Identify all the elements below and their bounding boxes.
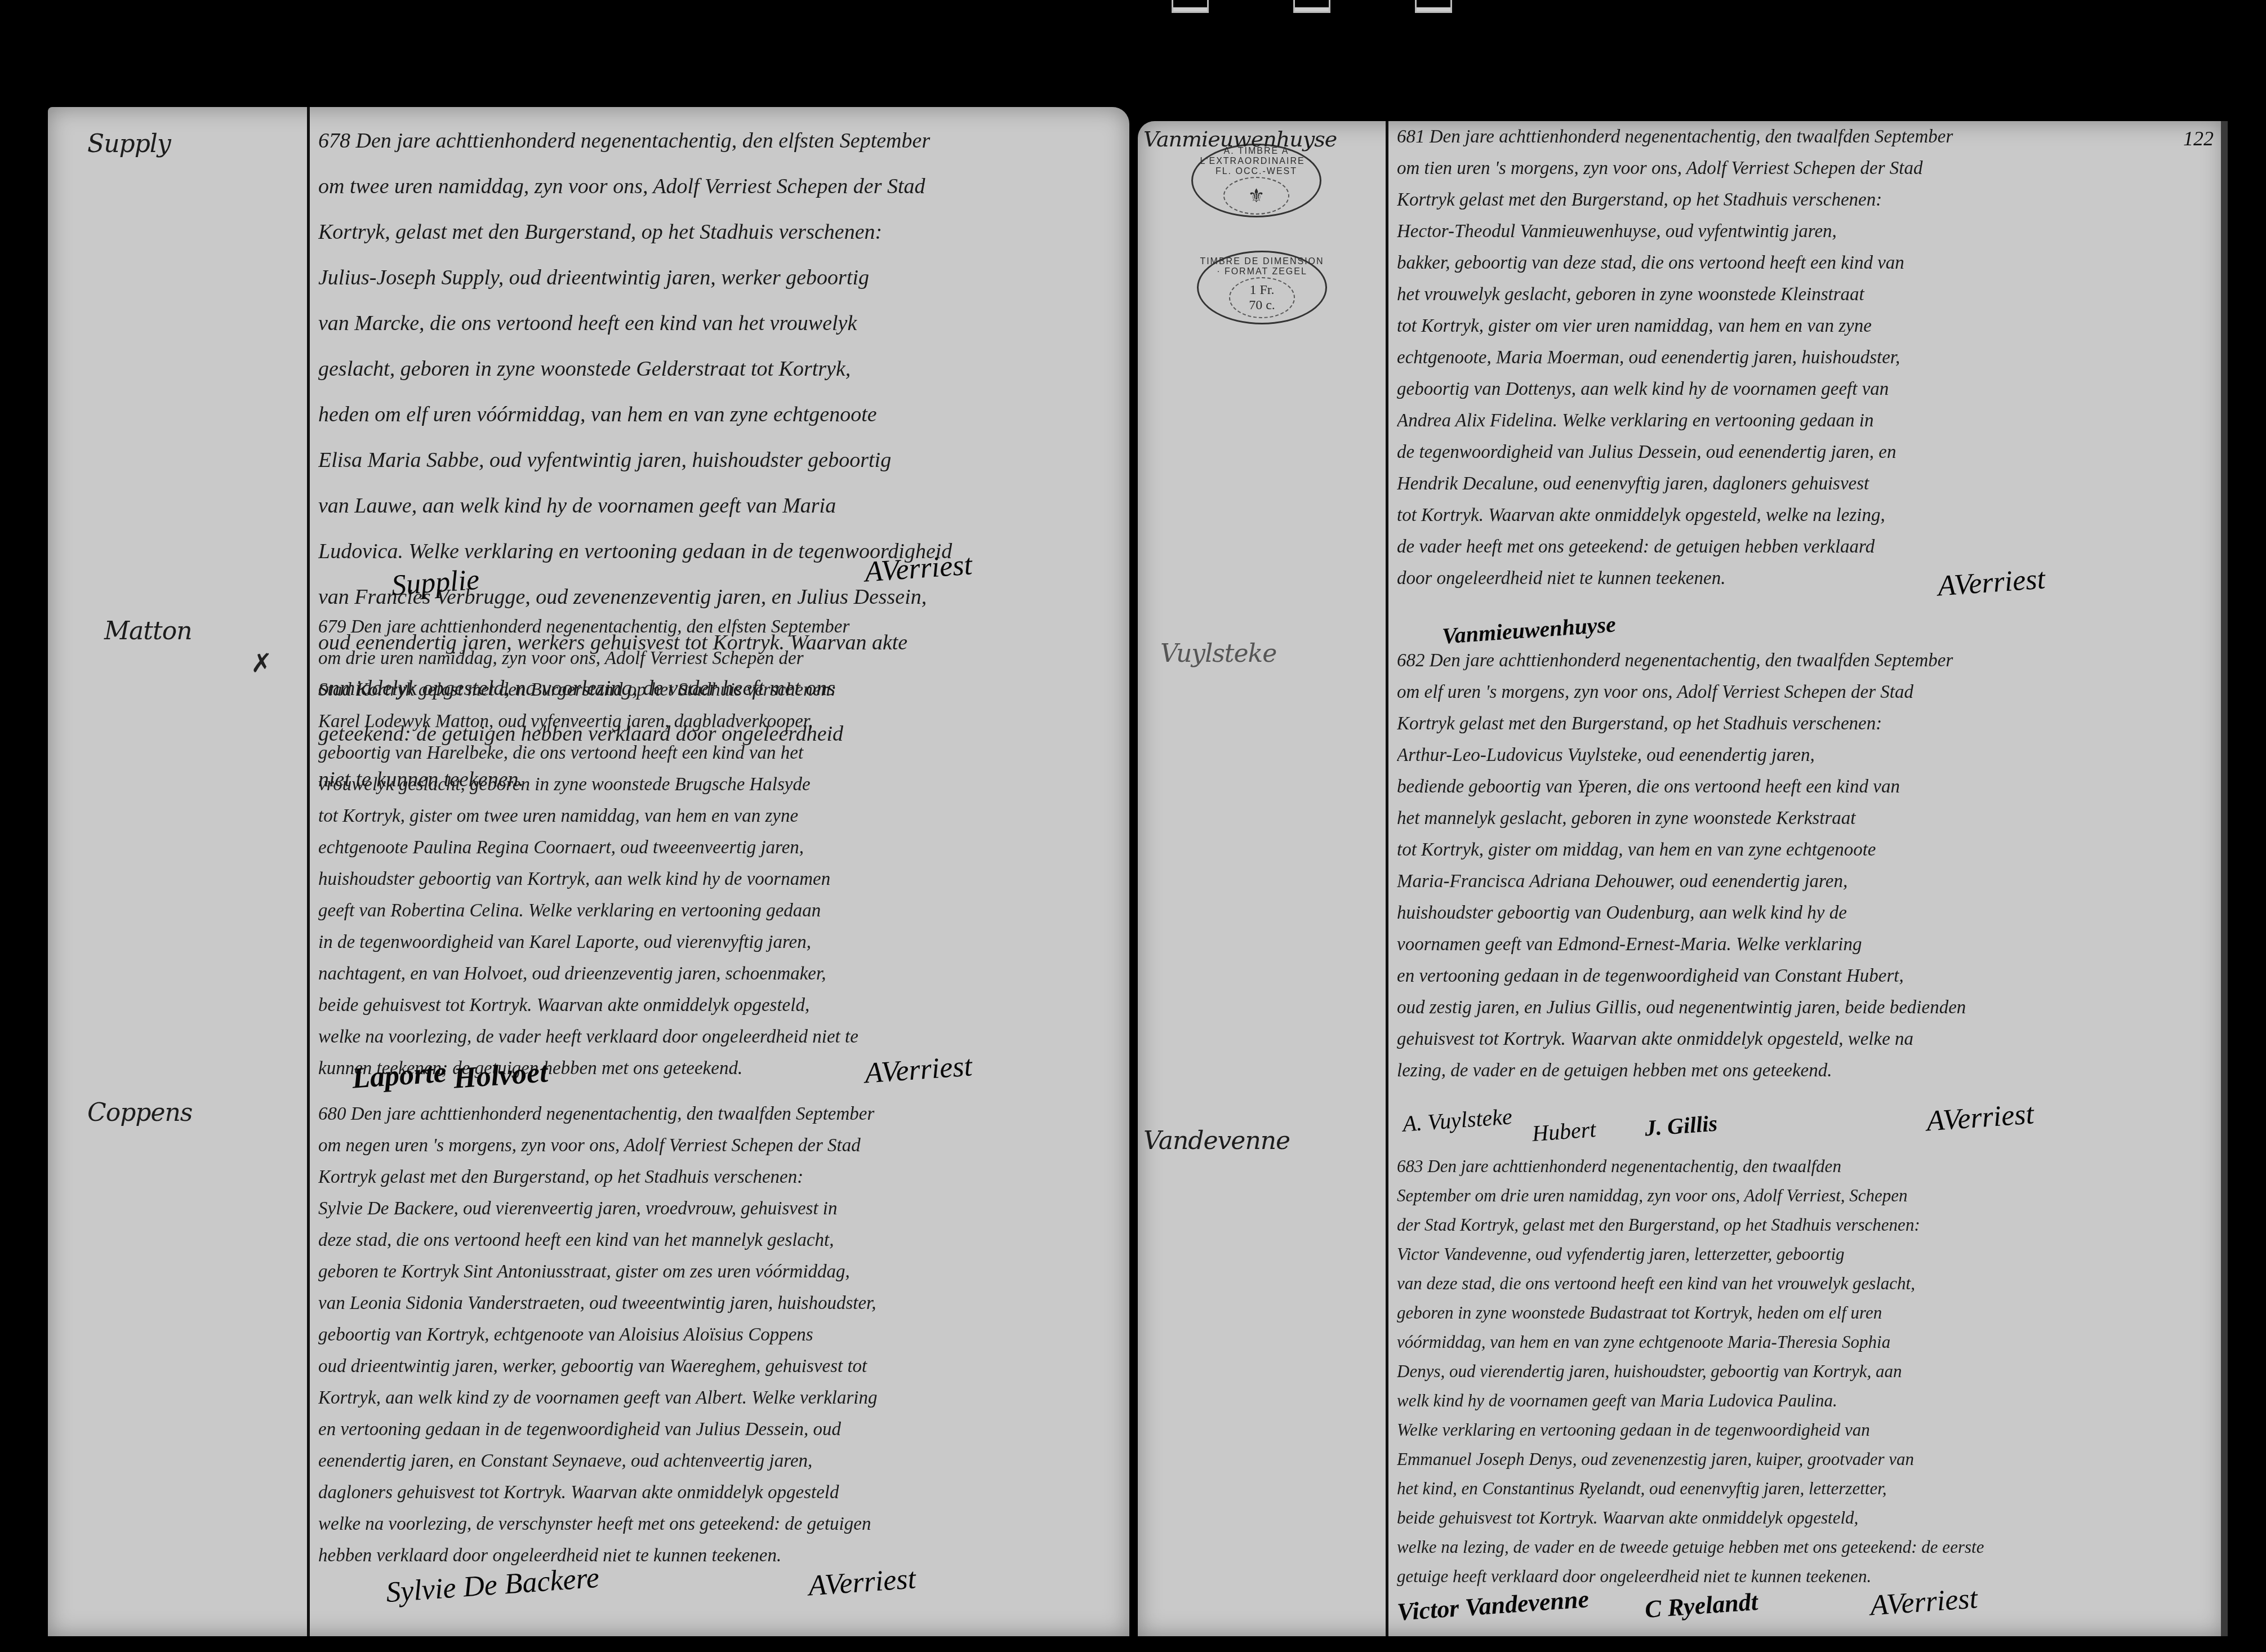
entry-line: tot Kortryk, gister om vier uren namidda… xyxy=(1397,310,2208,342)
margin-name: Supply xyxy=(87,130,171,158)
entry-line: 683 Den jare achttienhonderd negenentach… xyxy=(1397,1152,2208,1181)
entry-line: bakker, geboortig van deze stad, die ons… xyxy=(1397,247,2208,279)
entry-line: Victor Vandevenne, oud vyfendertig jaren… xyxy=(1397,1240,2208,1269)
entry-line: 679 Den jare achttienhonderd negenentach… xyxy=(318,611,1118,643)
margin-name: Coppens xyxy=(87,1098,192,1127)
entry-line: geboren in zyne woonstede Budastraat tot… xyxy=(1397,1298,2208,1328)
entry-line: 678 Den jare achttienhonderd negenentach… xyxy=(318,118,1118,164)
entry-line: Arthur-Leo-Ludovicus Vuylsteke, oud eene… xyxy=(1397,740,2208,771)
margin-cross-mark: ✗ xyxy=(251,648,273,678)
entry-line: nachtagent, en van Holvoet, oud drieenze… xyxy=(318,958,1118,990)
entry-line: gehuisvest tot Kortryk. Waarvan akte onm… xyxy=(1397,1023,2208,1055)
lion-emblem-icon: ⚜ xyxy=(1223,177,1289,215)
entry-line: echtgenoote Paulina Regina Coornaert, ou… xyxy=(318,832,1118,863)
binding-tab xyxy=(1293,0,1330,13)
entry-line: Welke verklaring en vertooning gedaan in… xyxy=(1397,1415,2208,1445)
entry-line: Kortryk gelast met den Burgerstand, op h… xyxy=(318,1161,1118,1193)
entry-line: beide gehuisvest tot Kortryk. Waarvan ak… xyxy=(318,990,1118,1021)
entry-line: tot Kortryk. Waarvan akte onmiddelyk opg… xyxy=(1397,500,2208,531)
entry-line: van deze stad, die ons vertoond heeft ee… xyxy=(1397,1269,2208,1298)
margin-name: Vanmieuwenhuyse xyxy=(1143,127,1337,152)
entry-line: huishoudster geboortig van Oudenburg, aa… xyxy=(1397,897,2208,929)
entry-line: Kortryk, gelast met den Burgerstand, op … xyxy=(318,210,1118,255)
entry-line: Kortryk, aan welk kind zy de voornamen g… xyxy=(318,1382,1118,1414)
entry-line: Kortryk gelast met den Burgerstand, op h… xyxy=(1397,708,2208,740)
binding-tab xyxy=(1172,0,1209,13)
entry-line: om negen uren 's morgens, zyn voor ons, … xyxy=(318,1130,1118,1161)
margin-rule xyxy=(1386,121,1388,1636)
register-entry-681: 681 Den jare achttienhonderd negenentach… xyxy=(1397,121,2208,594)
signature-officer: AVerriest xyxy=(807,1562,917,1602)
entry-line: 681 Den jare achttienhonderd negenentach… xyxy=(1397,121,2208,153)
signature-officer: AVerriest xyxy=(1936,562,2046,603)
entry-line: der Stad Kortryk, gelast met den Burgers… xyxy=(1397,1210,2208,1240)
right-page: 122 A. TIMBRE A L'EXTRAORDINAIRE · FL. O… xyxy=(1138,121,2225,1636)
entry-line: geboren te Kortryk Sint Antoniusstraat, … xyxy=(318,1256,1118,1288)
entry-line: eenendertig jaren, en Constant Seynaeve,… xyxy=(318,1445,1118,1477)
entry-line: van Leonia Sidonia Vanderstraeten, oud t… xyxy=(318,1288,1118,1319)
signature-officer: AVerriest xyxy=(1869,1582,1979,1622)
entry-line: 680 Den jare achttienhonderd negenentach… xyxy=(318,1098,1118,1130)
register-entry-679: 679 Den jare achttienhonderd negenentach… xyxy=(318,611,1118,1084)
entry-line: beide gehuisvest tot Kortryk. Waarvan ak… xyxy=(1397,1503,2208,1533)
entry-line: Denys, oud vierendertig jaren, huishouds… xyxy=(1397,1357,2208,1386)
register-entry-680: 680 Den jare achttienhonderd negenentach… xyxy=(318,1098,1118,1571)
entry-line: Hendrik Decalune, oud eenenvyftig jaren,… xyxy=(1397,468,2208,500)
entry-line: geboortig van Kortryk, echtgenoote van A… xyxy=(318,1319,1118,1351)
entry-line: Maria-Francisca Adriana Dehouwer, oud ee… xyxy=(1397,866,2208,897)
entry-line: Stad Kortryk gelast met den Burgerstand … xyxy=(318,674,1118,706)
entry-line: welk kind hy de voornamen geeft van Mari… xyxy=(1397,1386,2208,1415)
entry-line: Kortryk gelast met den Burgerstand, op h… xyxy=(1397,184,2208,216)
signature-father: Vanmieuwenhuyse xyxy=(1441,611,1617,649)
entry-line: in de tegenwoordigheid van Karel Laporte… xyxy=(318,927,1118,958)
entry-line: en vertooning gedaan in de tegenwoordigh… xyxy=(318,1414,1118,1445)
entry-line: tot Kortryk, gister om middag, van hem e… xyxy=(1397,834,2208,866)
entry-line: om elf uren 's morgens, zyn voor ons, Ad… xyxy=(1397,676,2208,708)
margin-name: Vuylsteke xyxy=(1160,639,1276,668)
signature-father: Supplie xyxy=(390,563,480,603)
entry-line: Andrea Alix Fidelina. Welke verklaring e… xyxy=(1397,405,2208,437)
entry-line: dagloners gehuisvest tot Kortryk. Waarva… xyxy=(318,1477,1118,1508)
stamp-value: 70 c. xyxy=(1249,298,1275,313)
entry-line: door ongeleerdheid niet te kunnen teeken… xyxy=(1397,563,2208,594)
book-edge xyxy=(2221,121,2228,1636)
tax-stamp-dimension: TIMBRE DE DIMENSION · FORMAT ZEGEL 1 Fr.… xyxy=(1197,251,1327,324)
entry-line: Julius-Joseph Supply, oud drieentwintig … xyxy=(318,255,1118,301)
margin-name: Matton xyxy=(104,617,192,645)
entry-line: 682 Den jare achttienhonderd negenentach… xyxy=(1397,645,2208,676)
entry-line: voornamen geeft van Edmond-Ernest-Maria.… xyxy=(1397,929,2208,960)
stamp-value: 1 Fr. xyxy=(1249,283,1274,298)
entry-line: van Lauwe, aan welk kind hy de voornamen… xyxy=(318,483,1118,529)
entry-line: Karel Lodewyk Matton, oud vyfenveertig j… xyxy=(318,706,1118,737)
entry-line: getuige heeft verklaard door ongeleerdhe… xyxy=(1397,1562,2208,1591)
entry-line: September om drie uren namiddag, zyn voo… xyxy=(1397,1181,2208,1210)
entry-line: Emmanuel Joseph Denys, oud zevenenzestig… xyxy=(1397,1445,2208,1474)
signature-witness: Hubert xyxy=(1531,1116,1596,1147)
signature-father: A. Vuylsteke xyxy=(1402,1103,1513,1137)
entry-line: Hector-Theodul Vanmieuwenhuyse, oud vyfe… xyxy=(1397,216,2208,247)
entry-line: om twee uren namiddag, zyn voor ons, Ado… xyxy=(318,164,1118,210)
signature-witness: C Ryelandt xyxy=(1644,1587,1759,1624)
entry-line: van Marcke, die ons vertoond heeft een k… xyxy=(318,301,1118,346)
entry-line: echtgenoote, Maria Moerman, oud eenender… xyxy=(1397,342,2208,373)
entry-line: deze stad, die ons vertoond heeft een ki… xyxy=(318,1224,1118,1256)
signature-witness: J. Gillis xyxy=(1644,1110,1719,1142)
entry-line: om drie uren namiddag, zyn voor ons, Ado… xyxy=(318,643,1118,674)
entry-line: Elisa Maria Sabbe, oud vyfentwintig jare… xyxy=(318,438,1118,483)
entry-line: lezing, de vader en de getuigen hebben m… xyxy=(1397,1055,2208,1087)
signature-witness: Holvoet xyxy=(452,1056,549,1096)
register-entry-683: 683 Den jare achttienhonderd negenentach… xyxy=(1397,1152,2208,1591)
signature-officer: AVerriest xyxy=(1925,1097,2035,1138)
left-page: Supply 678 Den jare achttienhonderd nege… xyxy=(48,107,1129,1636)
register-entry-682: 682 Den jare achttienhonderd negenentach… xyxy=(1397,645,2208,1087)
margin-name: Vandevenne xyxy=(1143,1126,1290,1155)
entry-line: de vader heeft met ons geteekend: de get… xyxy=(1397,531,2208,563)
entry-line: tot Kortryk, gister om twee uren namidda… xyxy=(318,800,1118,832)
margin-rule xyxy=(307,107,310,1636)
entry-line: vrouwelyk geslacht, geboren in zyne woon… xyxy=(318,769,1118,800)
entry-line: oud drieentwintig jaren, werker, geboort… xyxy=(318,1351,1118,1382)
entry-line: welke na voorlezing, de vader heeft verk… xyxy=(318,1021,1118,1053)
entry-line: en vertooning gedaan in de tegenwoordigh… xyxy=(1397,960,2208,992)
stamp-ring-text: TIMBRE DE DIMENSION · FORMAT ZEGEL xyxy=(1199,257,1325,277)
entry-line: geslacht, geboren in zyne woonstede Geld… xyxy=(318,346,1118,392)
entry-line: het kind, en Constantinus Ryelandt, oud … xyxy=(1397,1474,2208,1503)
entry-line: het vrouwelyk geslacht, geboren in zyne … xyxy=(1397,279,2208,310)
entry-line: oud zestig jaren, en Julius Gillis, oud … xyxy=(1397,992,2208,1023)
signature-witness: Laporte xyxy=(351,1056,447,1096)
binding-tabs xyxy=(1172,0,1452,13)
entry-line: bediende geboortig van Yperen, die ons v… xyxy=(1397,771,2208,803)
entry-line: heden om elf uren vóórmiddag, van hem en… xyxy=(318,392,1118,438)
entry-line: geboortig van Harelbeke, die ons vertoon… xyxy=(318,737,1118,769)
entry-line: geboortig van Dottenys, aan welk kind hy… xyxy=(1397,373,2208,405)
entry-line: huishoudster geboortig van Kortryk, aan … xyxy=(318,863,1118,895)
entry-line: de tegenwoordigheid van Julius Dessein, … xyxy=(1397,437,2208,468)
entry-line: Sylvie De Backere, oud vierenveertig jar… xyxy=(318,1193,1118,1224)
entry-line: vóórmiddag, van hem en van zyne echtgeno… xyxy=(1397,1328,2208,1357)
binding-tab xyxy=(1415,0,1452,13)
tax-stamp-extraordinaire: A. TIMBRE A L'EXTRAORDINAIRE · FL. OCC.-… xyxy=(1191,144,1321,217)
entry-line: om tien uren 's morgens, zyn voor ons, A… xyxy=(1397,153,2208,184)
entry-line: het mannelyk geslacht, geboren in zyne w… xyxy=(1397,803,2208,834)
entry-line: welke na voorlezing, de verschynster hee… xyxy=(318,1508,1118,1540)
entry-line: hebben verklaard door ongeleerdheid niet… xyxy=(318,1540,1118,1571)
entry-line: geeft van Robertina Celina. Welke verkla… xyxy=(318,895,1118,927)
entry-line: welke na lezing, de vader en de tweede g… xyxy=(1397,1533,2208,1562)
